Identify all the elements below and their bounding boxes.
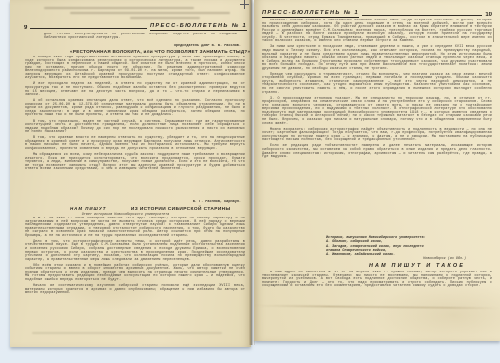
- closing-paragraph: В наш адрес из бюллетеня № 17 от 19 апре…: [262, 271, 492, 289]
- section-row: НАМ ПИШУТ ИЗ ИСТОРИИ СИБИРСКОЙ СТАРИНЫ: [70, 206, 245, 212]
- registration-cross-mark: [240, 0, 249, 9]
- article2-paragraph: Дело в том, что историографические аспек…: [25, 241, 245, 262]
- article1-paragraph: А об остальном краевая инстанция дала от…: [25, 100, 245, 118]
- intro-signature: Председатель ДХВР В. В. Расслов.: [26, 44, 241, 48]
- ink-bleed-line: [70, 12, 230, 14]
- masthead-title: ПРЕСС-БЮЛЛЕТЕНЬ № 1: [150, 23, 247, 31]
- signature-block: Историки, выпускники Новосибирского унив…: [326, 236, 480, 257]
- body-paragraph: Прежде чем рассуждать о «привилегиях», с…: [262, 74, 492, 95]
- article2-paragraph: В № 7 за 1990 г. была помещена заметка «…: [25, 217, 245, 238]
- page-header: 9 ПРЕСС-БЮЛЛЕТЕНЬ № 1: [24, 23, 247, 31]
- article1-paragraph: Мы обращаемся ко всем, кому небезразличн…: [25, 154, 245, 172]
- right-page-body: казаков. Обычаи казачьи в завоёванных ка…: [262, 19, 492, 234]
- article1-paragraph: В том, что краевые власти не намерены от…: [25, 137, 245, 151]
- article2-body: В № 7 за 1990 г. была помещена заметка «…: [25, 217, 245, 329]
- ink-bleed-line: [44, 7, 194, 9]
- header-rule: [362, 15, 482, 16]
- article1-signature: В. Г. Распнов, Барнаул.: [26, 200, 241, 204]
- body-paragraph: Если же редакция ради «объективности» на…: [262, 145, 492, 159]
- article1-heading: «РЕСТОРАННАЯ ВОЛОКИТА, или ЧТО ПОЗВОЛЯЕТ…: [70, 49, 247, 54]
- signature-city: Новосибирск (из Обл.): [423, 257, 466, 261]
- article1-paragraph: И вот проходили неделя за неделей, а отв…: [25, 83, 245, 97]
- article2-paragraph: Начало же систематическому изучению сиби…: [25, 285, 245, 296]
- closing-paragraph-block: В наш адрес из бюллетеня № 17 от 19 апре…: [262, 271, 492, 296]
- page-left: 9 ПРЕСС-БЮЛЛЕТЕНЬ № 1 ДХВР готово консул…: [10, 0, 251, 347]
- article1-body: 9 января 1990 года представителями алтай…: [25, 56, 245, 198]
- article2-paragraph: Обо всём этом сказано и в новейших работ…: [25, 265, 245, 283]
- article1-paragraph: 9 января 1990 года представителями алтай…: [25, 56, 245, 81]
- page-header: ПРЕСС-БЮЛЛЕТЕНЬ № 1 10: [262, 10, 492, 18]
- masthead-title: ПРЕСС-БЮЛЛЕТЕНЬ № 1: [262, 10, 359, 18]
- article1-paragraph: В том, что произошло, виден не частный с…: [25, 121, 245, 135]
- body-paragraph: казаков. Обычаи казачьи в завоёванных ка…: [262, 19, 492, 44]
- article2-heading: ИЗ ИСТОРИИ СИБИРСКОЙ СТАРИНЫ: [117, 207, 246, 212]
- page-right: ПРЕСС-БЮЛЛЕТЕНЬ № 1 10 казаков. Обычаи к…: [254, 0, 500, 341]
- section-label-nam-pishut: НАМ ПИШУТ: [70, 206, 107, 211]
- ink-bleed-line: [130, 17, 200, 19]
- paper-edge-mark: [493, 28, 494, 42]
- nam-pishut-i-takoe-heading: НАМ ПИШУТ И ТАКОЕ: [344, 263, 490, 269]
- body-paragraph: За ними шли крестьяне и посадские люди, …: [262, 46, 492, 71]
- ink-bleed-line: [32, 332, 222, 334]
- intro-paragraph: ДХВР готово консультировать по религиозн…: [44, 33, 237, 42]
- body-paragraph: Можно возразить: сибирская историография…: [262, 129, 492, 143]
- scanned-bulletin-spread: 9 ПРЕСС-БЮЛЛЕТЕНЬ № 1 ДХВР готово консул…: [0, 0, 500, 363]
- article2-subline: Ответ историков Новосибирского университ…: [40, 213, 211, 217]
- intro-text: ДХВР готово консультировать по религиозн…: [44, 33, 237, 40]
- header-rule: [30, 28, 147, 29]
- page-number-right: 10: [485, 12, 492, 18]
- page-number-left: 9: [24, 25, 27, 31]
- body-paragraph: 3. О происхождении этнонима «казак». Мы …: [262, 98, 492, 126]
